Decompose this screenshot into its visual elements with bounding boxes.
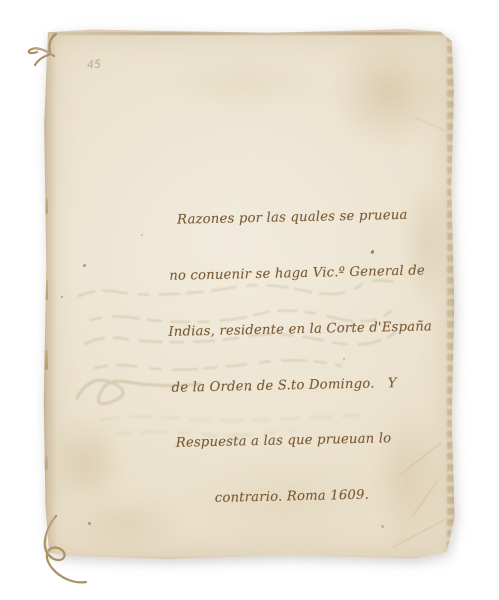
- manuscript-booklet: 45: [43, 28, 455, 560]
- title-line-5: Respuesta a las que prueuan lo: [176, 430, 439, 454]
- binding-stitch: [44, 198, 48, 214]
- title-line-3: Indias, residente en la Corte d'España: [168, 318, 436, 342]
- binding-stitch: [44, 280, 48, 300]
- wrinkle-crease: [414, 117, 447, 133]
- foxing-spot: [88, 522, 91, 525]
- stain-bottom-left: [63, 496, 187, 550]
- pencil-annotation: 45: [87, 58, 102, 72]
- stain-top-center: [161, 56, 325, 110]
- title-line-6: contrario. Roma 1609.: [174, 486, 410, 510]
- foxing-spot: [141, 234, 143, 236]
- manuscript-cover-page: 45: [43, 28, 455, 560]
- stain-top-right: [333, 36, 445, 148]
- binding-stitch: [44, 350, 48, 370]
- photo-background: 45: [0, 0, 499, 600]
- spine-shading: [43, 28, 57, 560]
- title-line-2: no conuenir se haga Vic.º General de: [169, 262, 435, 286]
- title-line-1: Razones por las quales se prueua: [177, 206, 434, 230]
- title-line-4: de la Orden de S.to Domingo. Y: [171, 374, 437, 398]
- title-inscription: Razones por las quales se prueua no conu…: [167, 169, 441, 546]
- page-edges-top: [51, 32, 447, 35]
- binding-stitch: [44, 456, 48, 470]
